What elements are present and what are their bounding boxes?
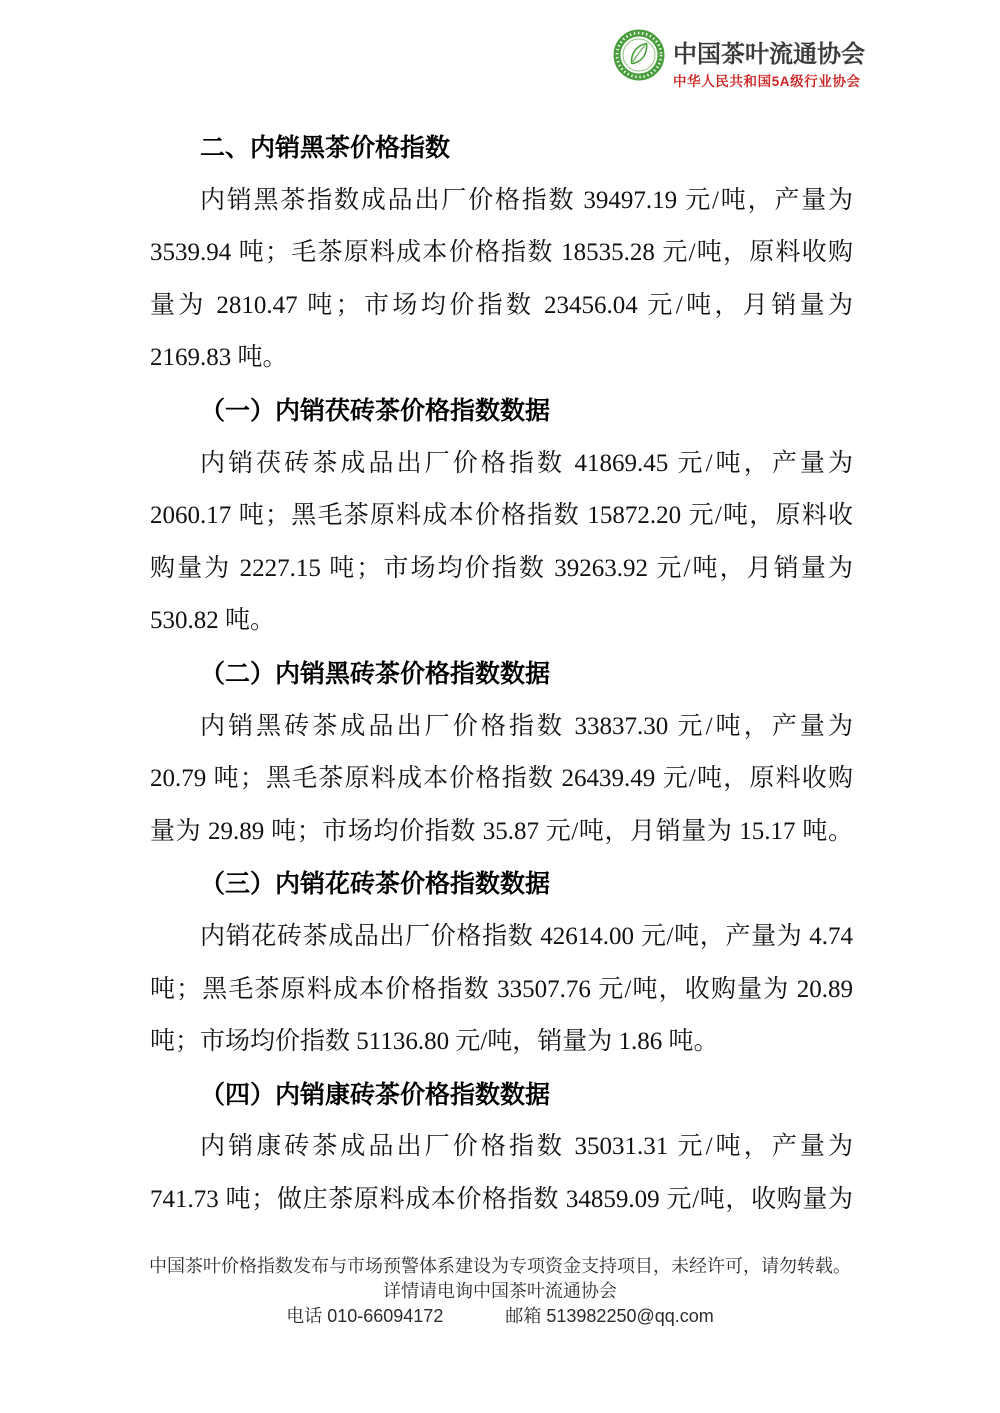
paragraph-line: 内销康砖茶成品出厂价格指数 35031.31 元/吨，产量为: [150, 1121, 853, 1174]
paragraph-line: 量为 29.89 吨；市场均价指数 35.87 元/吨，月销量为 15.17 吨…: [150, 806, 853, 859]
org-subtitle: 中华人民共和国5A级行业协会: [673, 73, 865, 90]
document-body: 二、内销黑茶价格指数 内销黑茶指数成品出厂价格指数 39497.19 元/吨，产…: [150, 122, 853, 1226]
footer-notice: 中国茶叶价格指数发布与市场预警体系建设为专项资金支持项目，未经许可，请勿转载。: [0, 1254, 1000, 1279]
section-heading: （三）内销花砖茶价格指数数据: [150, 858, 853, 911]
section-heading: （四）内销康砖茶价格指数数据: [150, 1069, 853, 1122]
paragraph-line: 吨；市场均价指数 51136.80 元/吨，销量为 1.86 吨。: [150, 1016, 853, 1069]
paragraph-line: 内销茯砖茶成品出厂价格指数 41869.45 元/吨，产量为: [150, 438, 853, 491]
header-org-block: 中国茶叶流通协会 中华人民共和国5A级行业协会: [673, 40, 865, 90]
paragraph-line: 741.73 吨；做庄茶原料成本价格指数 34859.09 元/吨，收购量为: [150, 1174, 853, 1227]
paragraph-line: 内销黑茶指数成品出厂价格指数 39497.19 元/吨，产量为: [150, 175, 853, 228]
paragraph-line: 购量为 2227.15 吨；市场均价指数 39263.92 元/吨，月销量为: [150, 543, 853, 596]
page-footer: 中国茶叶价格指数发布与市场预警体系建设为专项资金支持项目，未经许可，请勿转载。 …: [0, 1254, 1000, 1329]
org-name: 中国茶叶流通协会: [673, 40, 865, 70]
main-heading: 二、内销黑茶价格指数: [150, 122, 853, 175]
paragraph-line: 内销花砖茶成品出厂价格指数 42614.00 元/吨，产量为 4.74: [150, 911, 853, 964]
section-heading: （一）内销茯砖茶价格指数数据: [150, 385, 853, 438]
paragraph-line: 吨；黑毛茶原料成本价格指数 33507.76 元/吨，收购量为 20.89: [150, 964, 853, 1017]
paragraph-line: 量为 2810.47 吨；市场均价指数 23456.04 元/吨，月销量为: [150, 280, 853, 333]
paragraph-line: 20.79 吨；黑毛茶原料成本价格指数 26439.49 元/吨，原料收购: [150, 753, 853, 806]
paragraph-line: 内销黑砖茶成品出厂价格指数 33837.30 元/吨，产量为: [150, 701, 853, 754]
document-page: 中国茶叶流通协会 中华人民共和国5A级行业协会 二、内销黑茶价格指数 内销黑茶指…: [0, 0, 1000, 1413]
footer-email: 邮箱 513982250@qq.com: [505, 1304, 713, 1329]
paragraph-line: 530.82 吨。: [150, 595, 853, 648]
paragraph-line: 3539.94 吨；毛茶原料成本价格指数 18535.28 元/吨，原料收购: [150, 227, 853, 280]
association-logo-icon: [613, 28, 665, 82]
footer-contact: 详情请电询中国茶叶流通协会: [0, 1279, 1000, 1304]
paragraph-line: 2169.83 吨。: [150, 332, 853, 385]
footer-contact-row: 电话 010-66094172 邮箱 513982250@qq.com: [0, 1304, 1000, 1329]
paragraph-line: 2060.17 吨；黑毛茶原料成本价格指数 15872.20 元/吨，原料收: [150, 490, 853, 543]
footer-phone: 电话 010-66094172: [286, 1304, 443, 1329]
section-heading: （二）内销黑砖茶价格指数数据: [150, 648, 853, 701]
